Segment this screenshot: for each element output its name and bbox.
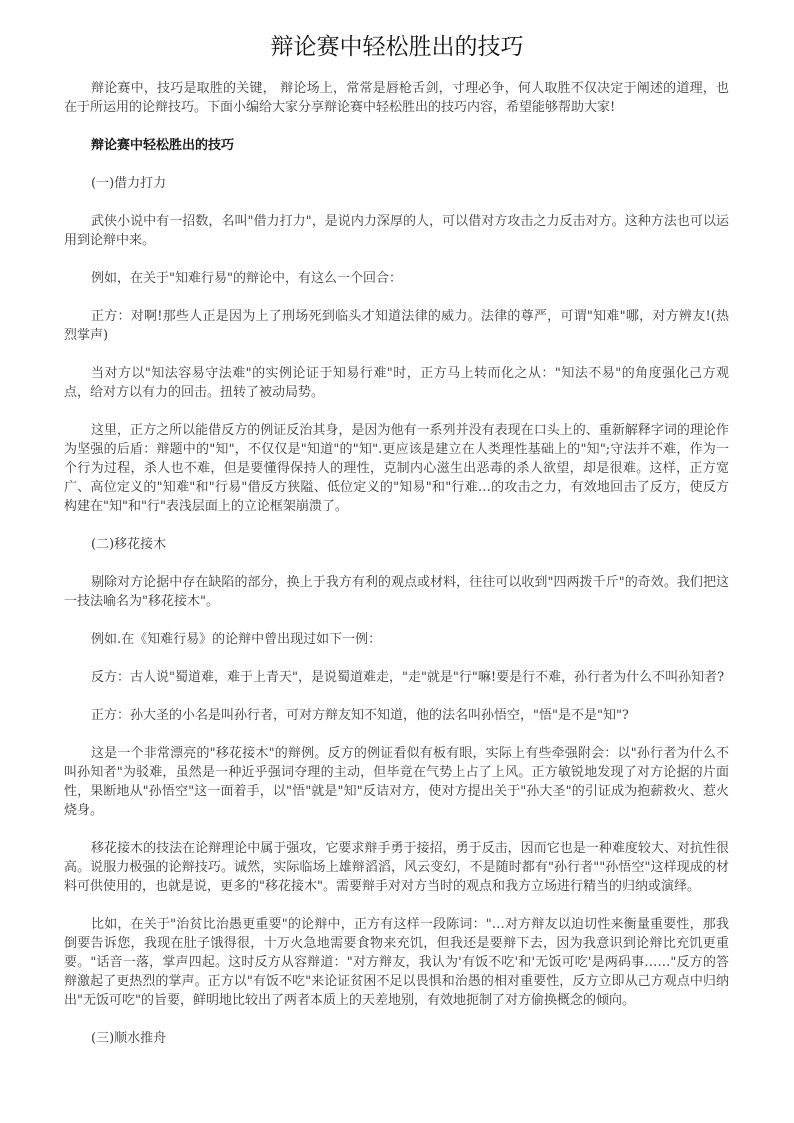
- body-paragraph: 例如.在《知难行易》的论辩中曾出现过如下一例：: [64, 630, 729, 649]
- intro-paragraph: 辩论赛中，技巧是取胜的关键， 辩论场上，常常是唇枪舌剑，寸理必争，何人取胜不仅决…: [64, 79, 729, 117]
- body-paragraph: 比如，在关于"治贫比治愚更重要"的论辩中，正方有这样一段陈词："…对方辩友以迫切…: [64, 915, 729, 1010]
- subheading-go-with-flow: (三)顺水推舟: [64, 1029, 729, 1048]
- body-paragraph: 当对方以"知法容易守法难"的实例论证于知易行难"时，正方马上转而化之从："知法不…: [64, 364, 729, 402]
- document-page: 辩论赛中轻松胜出的技巧 辩论赛中，技巧是取胜的关键， 辩论场上，常常是唇枪舌剑，…: [0, 0, 794, 1123]
- body-paragraph: 这里，正方之所以能借反方的例证反治其身，是因为他有一系列并没有表现在口头上的、重…: [64, 421, 729, 516]
- subheading-graft-flowers: (二)移花接木: [64, 535, 729, 554]
- body-paragraph: 反方：古人说"蜀道难，难于上青天"，是说蜀道难走，"走"就是"行"嘛!要是行不难…: [64, 668, 729, 687]
- body-paragraph: 武侠小说中有一招数，名叫"借力打力"，是说内力深厚的人，可以借对方攻击之力反击对…: [64, 212, 729, 250]
- body-paragraph: 这是一个非常漂亮的"移花接木"的辩例。反方的例证看似有板有眼，实际上有些牵强附会…: [64, 744, 729, 820]
- body-paragraph: 正方：孙大圣的小名是叫孙行者，可对方辩友知不知道，他的法名叫孙悟空，"悟"是不是…: [64, 706, 729, 725]
- body-paragraph: 例如，在关于"知难行易"的辩论中，有这么一个回合：: [64, 269, 729, 288]
- section-heading: 辩论赛中轻松胜出的技巧: [64, 136, 729, 155]
- document-body: 辩论赛中，技巧是取胜的关键， 辩论场上，常常是唇枪舌剑，寸理必争，何人取胜不仅决…: [64, 79, 729, 1067]
- body-paragraph: 剔除对方论据中存在缺陷的部分，换上于我方有利的观点或材料，往往可以收到"四两拨千…: [64, 573, 729, 611]
- body-paragraph: 移花接木的技法在论辩理论中属于强攻，它要求辩手勇于接招，勇于反击，因而它也是一种…: [64, 839, 729, 896]
- subheading-borrow-force: (一)借力打力: [64, 174, 729, 193]
- body-paragraph: 正方：对啊!那些人正是因为上了刑场死到临头才知道法律的威力。法律的尊严，可谓"知…: [64, 307, 729, 345]
- document-title: 辩论赛中轻松胜出的技巧: [0, 31, 794, 63]
